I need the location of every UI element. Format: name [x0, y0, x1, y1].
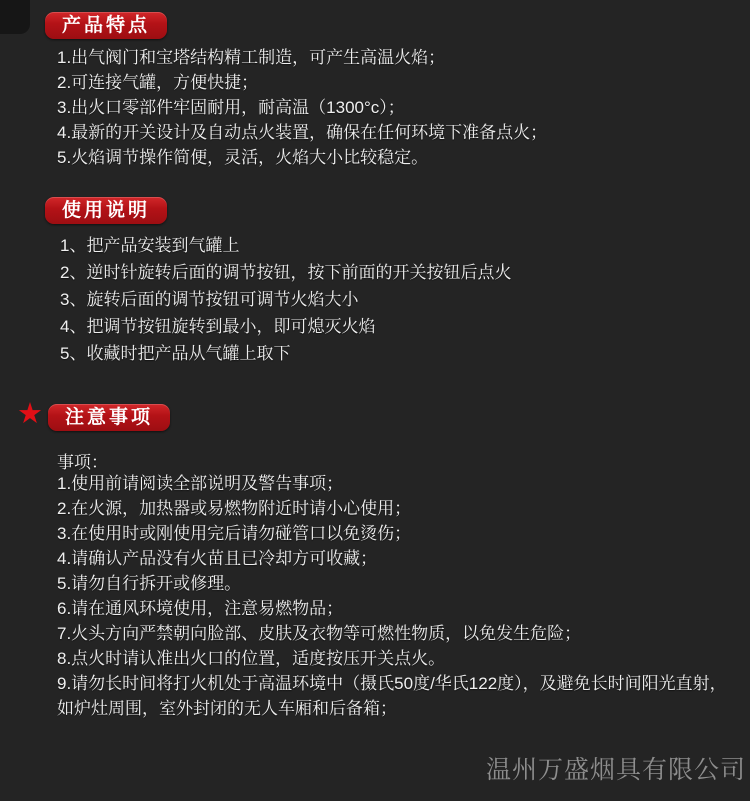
- section-title-features: 产品特点: [62, 15, 150, 36]
- list-item: 4.请确认产品没有火苗且已冷却方可收藏；: [57, 546, 733, 571]
- list-item: 3.在使用时或刚使用完后请勿碰管口以免烫伤；: [57, 521, 733, 546]
- list-item: 2.可连接气罐，方便快捷；: [57, 70, 742, 95]
- list-item: 5.请勿自行拆开或修理。: [57, 571, 733, 596]
- section-title-usage: 使用说明: [62, 200, 150, 221]
- usage-list: 1、把产品安装到气罐上 2、逆时针旋转后面的调节按钮，按下前面的开关按钮后点火 …: [60, 232, 745, 367]
- list-item: 3.出火口零部件牢固耐用，耐高温（1300°c）；: [57, 95, 742, 120]
- list-item: 5、收藏时把产品从气罐上取下: [60, 340, 745, 367]
- section-header-features: 产品特点: [45, 12, 167, 39]
- list-item: 3、旋转后面的调节按钮可调节火焰大小: [60, 286, 745, 313]
- list-item: 4、把调节按钮旋转到最小，即可熄灭火焰: [60, 313, 745, 340]
- list-item: 1.使用前请阅读全部说明及警告事项；: [57, 471, 733, 496]
- corner-patch: [0, 0, 30, 34]
- list-item: 6.请在通风环境使用，注意易燃物品；: [57, 596, 733, 621]
- section-header-usage: 使用说明: [45, 197, 167, 224]
- list-item: 2、逆时针旋转后面的调节按钮，按下前面的开关按钮后点火: [60, 259, 745, 286]
- list-item: 1.出气阀门和宝塔结构精工制造，可产生高温火焰；: [57, 45, 742, 70]
- company-name: 温州万盛烟具有限公司: [486, 750, 746, 786]
- notes-list: 1.使用前请阅读全部说明及警告事项； 2.在火源，加热器或易燃物附近时请小心使用…: [57, 471, 733, 721]
- list-item: 2.在火源，加热器或易燃物附近时请小心使用；: [57, 496, 733, 521]
- section-header-notes: 注意事项: [48, 404, 170, 431]
- list-item: 5.火焰调节操作简便，灵活，火焰大小比较稳定。: [57, 145, 742, 170]
- list-item: 7.火头方向严禁朝向脸部、皮肤及衣物等可燃性物质，以免发生危险；: [57, 621, 733, 646]
- list-item: 8.点火时请认准出火口的位置，适度按压开关点火。: [57, 646, 733, 671]
- star-icon: ★: [17, 398, 43, 430]
- list-item: 4.最新的开关设计及自动点火装置，确保在任何环境下准备点火；: [57, 120, 742, 145]
- list-item: 1、把产品安装到气罐上: [60, 232, 745, 259]
- section-title-notes: 注意事项: [65, 407, 153, 428]
- product-detail-page: 产品特点 1.出气阀门和宝塔结构精工制造，可产生高温火焰； 2.可连接气罐，方便…: [0, 0, 750, 801]
- list-item: 9.请勿长时间将打火机处于高温环境中（摄氏50度/华氏122度），及避免长时间阳…: [57, 671, 733, 721]
- features-list: 1.出气阀门和宝塔结构精工制造，可产生高温火焰； 2.可连接气罐，方便快捷； 3…: [57, 45, 742, 170]
